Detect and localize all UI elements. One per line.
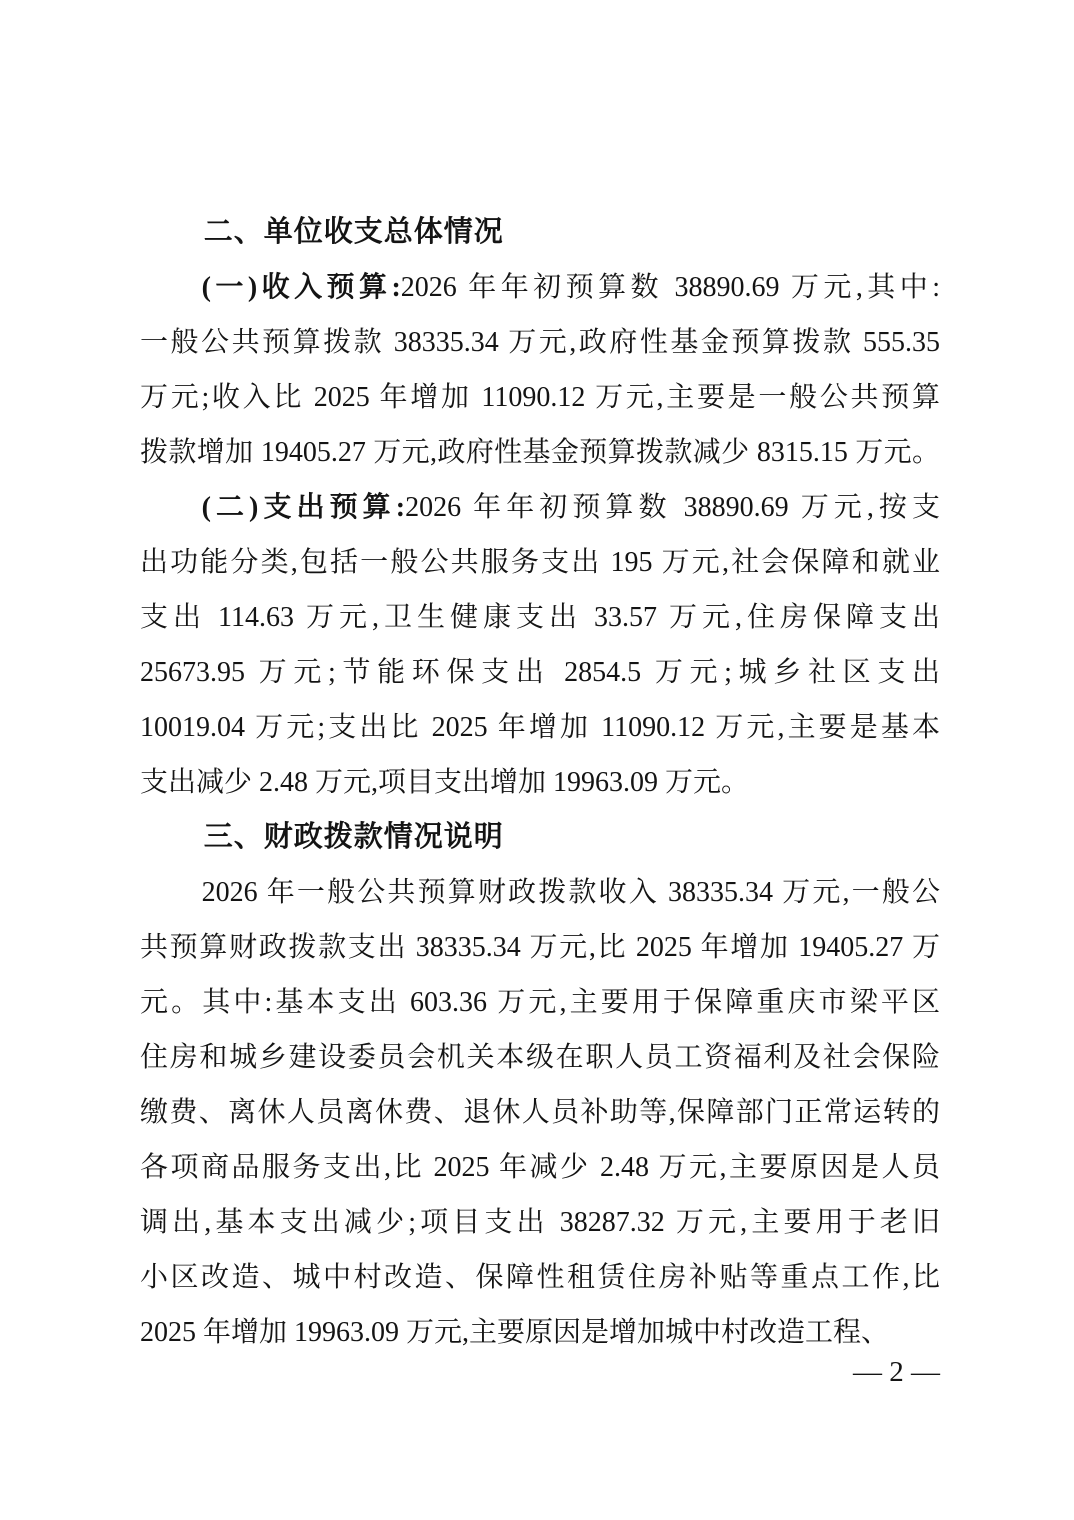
text-line: 25673.95 万元;节能环保支出 2854.5 万元;城乡社区支出: [140, 645, 940, 700]
text-line: (二)支出预算:2026 年年初预算数 38890.69 万元,按支: [140, 480, 940, 535]
page-number: — 2 —: [853, 1352, 940, 1392]
text-line: 调出,基本支出减少;项目支出 38287.32 万元,主要用于老旧: [140, 1195, 940, 1250]
text-line: 2025 年增加 19963.09 万元,主要原因是增加城中村改造工程、: [140, 1305, 940, 1360]
text-line: 出功能分类,包括一般公共服务支出 195 万元,社会保障和就业: [140, 535, 940, 590]
text-line: 10019.04 万元;支出比 2025 年增加 11090.12 万元,主要是…: [140, 700, 940, 755]
text-line: 小区改造、城中村改造、保障性租赁住房补贴等重点工作,比: [140, 1250, 940, 1305]
text-line: 2026 年一般公共预算财政拨款收入 38335.34 万元,一般公: [140, 865, 940, 920]
income-paragraph-lead: (一)收入预算:: [202, 272, 401, 303]
text-line: 一般公共预算拨款 38335.34 万元,政府性基金预算拨款 555.35: [140, 315, 940, 370]
section-heading-overview: 二、单位收支总体情况: [140, 205, 940, 260]
section-heading-appropriation: 三、财政拨款情况说明: [140, 810, 940, 865]
expenditure-paragraph-lead: (二)支出预算:: [202, 492, 405, 523]
text-line: 支出 114.63 万元,卫生健康支出 33.57 万元,住房保障支出: [140, 590, 940, 645]
text-line: 拨款增加 19405.27 万元,政府性基金预算拨款减少 8315.15 万元。: [140, 425, 940, 480]
document-page: 二、单位收支总体情况 (一)收入预算:2026 年年初预算数 38890.69 …: [0, 0, 1074, 1520]
text-line: 元。其中:基本支出 603.36 万元,主要用于保障重庆市梁平区: [140, 975, 940, 1030]
text-line: 支出减少 2.48 万元,项目支出增加 19963.09 万元。: [140, 755, 940, 810]
text-line: 万元;收入比 2025 年增加 11090.12 万元,主要是一般公共预算: [140, 370, 940, 425]
document-body: 二、单位收支总体情况 (一)收入预算:2026 年年初预算数 38890.69 …: [140, 205, 940, 1360]
text-line: 共预算财政拨款支出 38335.34 万元,比 2025 年增加 19405.2…: [140, 920, 940, 975]
expenditure-paragraph-text: 2026 年年初预算数 38890.69 万元,按支: [405, 492, 940, 523]
income-paragraph-text: 2026 年年初预算数 38890.69 万元,其中:: [401, 272, 940, 303]
text-line: 缴费、离休人员离休费、退休人员补助等,保障部门正常运转的: [140, 1085, 940, 1140]
text-line: 住房和城乡建设委员会机关本级在职人员工资福利及社会保险: [140, 1030, 940, 1085]
text-line: (一)收入预算:2026 年年初预算数 38890.69 万元,其中:: [140, 260, 940, 315]
text-line: 各项商品服务支出,比 2025 年减少 2.48 万元,主要原因是人员: [140, 1140, 940, 1195]
